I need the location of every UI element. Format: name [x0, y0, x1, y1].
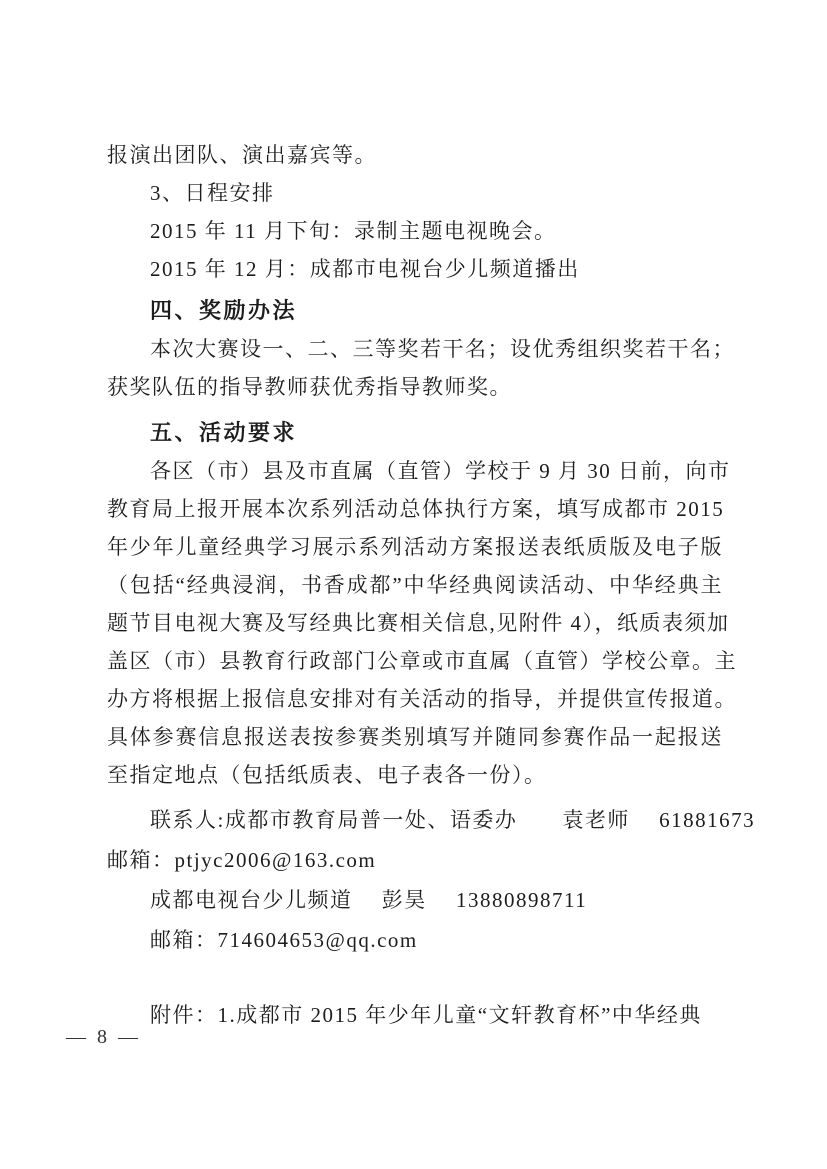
list-item-heading: 3、日程安排 — [107, 174, 723, 212]
paragraph-line: （包括“经典浸润，书香成都”中华经典阅读活动、中华经典主 — [107, 566, 723, 604]
section-heading-awards: 四、奖励办法 — [107, 292, 723, 330]
document-body: 报演出团队、演出嘉宾等。 3、日程安排 2015 年 11 月下旬：录制主题电视… — [107, 136, 723, 1034]
paragraph-line: 各区（市）县及市直属（直管）学校于 9 月 30 日前，向市 — [107, 452, 723, 490]
contact-line: 成都电视台少儿频道 彭昊 13880898711 — [107, 880, 723, 920]
paragraph-line: 本次大赛设一、二、三等奖若干名；设优秀组织奖若干名； — [107, 330, 723, 368]
page-number: — 8 — — [66, 1026, 141, 1049]
schedule-line: 2015 年 12 月：成都市电视台少儿频道播出 — [107, 250, 723, 288]
paragraph-line: 至指定地点（包括纸质表、电子表各一份）。 — [107, 756, 723, 794]
attachment-line: 附件：1.成都市 2015 年少年儿童“文轩教育杯”中华经典 — [107, 996, 723, 1034]
paragraph-line: 年少年儿童经典学习展示系列活动方案报送表纸质版及电子版 — [107, 528, 723, 566]
section-heading-requirements: 五、活动要求 — [107, 414, 723, 452]
paragraph-line: 教育局上报开展本次系列活动总体执行方案，填写成都市 2015 — [107, 490, 723, 528]
email-line: 邮箱：714604653@qq.com — [107, 920, 723, 960]
paragraph-line: 具体参赛信息报送表按参赛类别填写并随同参赛作品一起报送 — [107, 718, 723, 756]
email-line: 邮箱：ptjyc2006@163.com — [107, 840, 723, 880]
document-page: 报演出团队、演出嘉宾等。 3、日程安排 2015 年 11 月下旬：录制主题电视… — [0, 0, 827, 1169]
paragraph-line: 题节目电视大赛及写经典比赛相关信息,见附件 4），纸质表须加 — [107, 604, 723, 642]
paragraph-line: 报演出团队、演出嘉宾等。 — [107, 136, 723, 174]
paragraph-line: 办方将根据上报信息安排对有关活动的指导，并提供宣传报道。 — [107, 680, 723, 718]
paragraph-line: 盖区（市）县教育行政部门公章或市直属（直管）学校公章。主 — [107, 642, 723, 680]
contact-line: 联系人:成都市教育局普一处、语委办 袁老师 61881673 — [107, 800, 723, 840]
paragraph-line: 获奖队伍的指导教师获优秀指导教师奖。 — [107, 368, 723, 406]
schedule-line: 2015 年 11 月下旬：录制主题电视晚会。 — [107, 212, 723, 250]
